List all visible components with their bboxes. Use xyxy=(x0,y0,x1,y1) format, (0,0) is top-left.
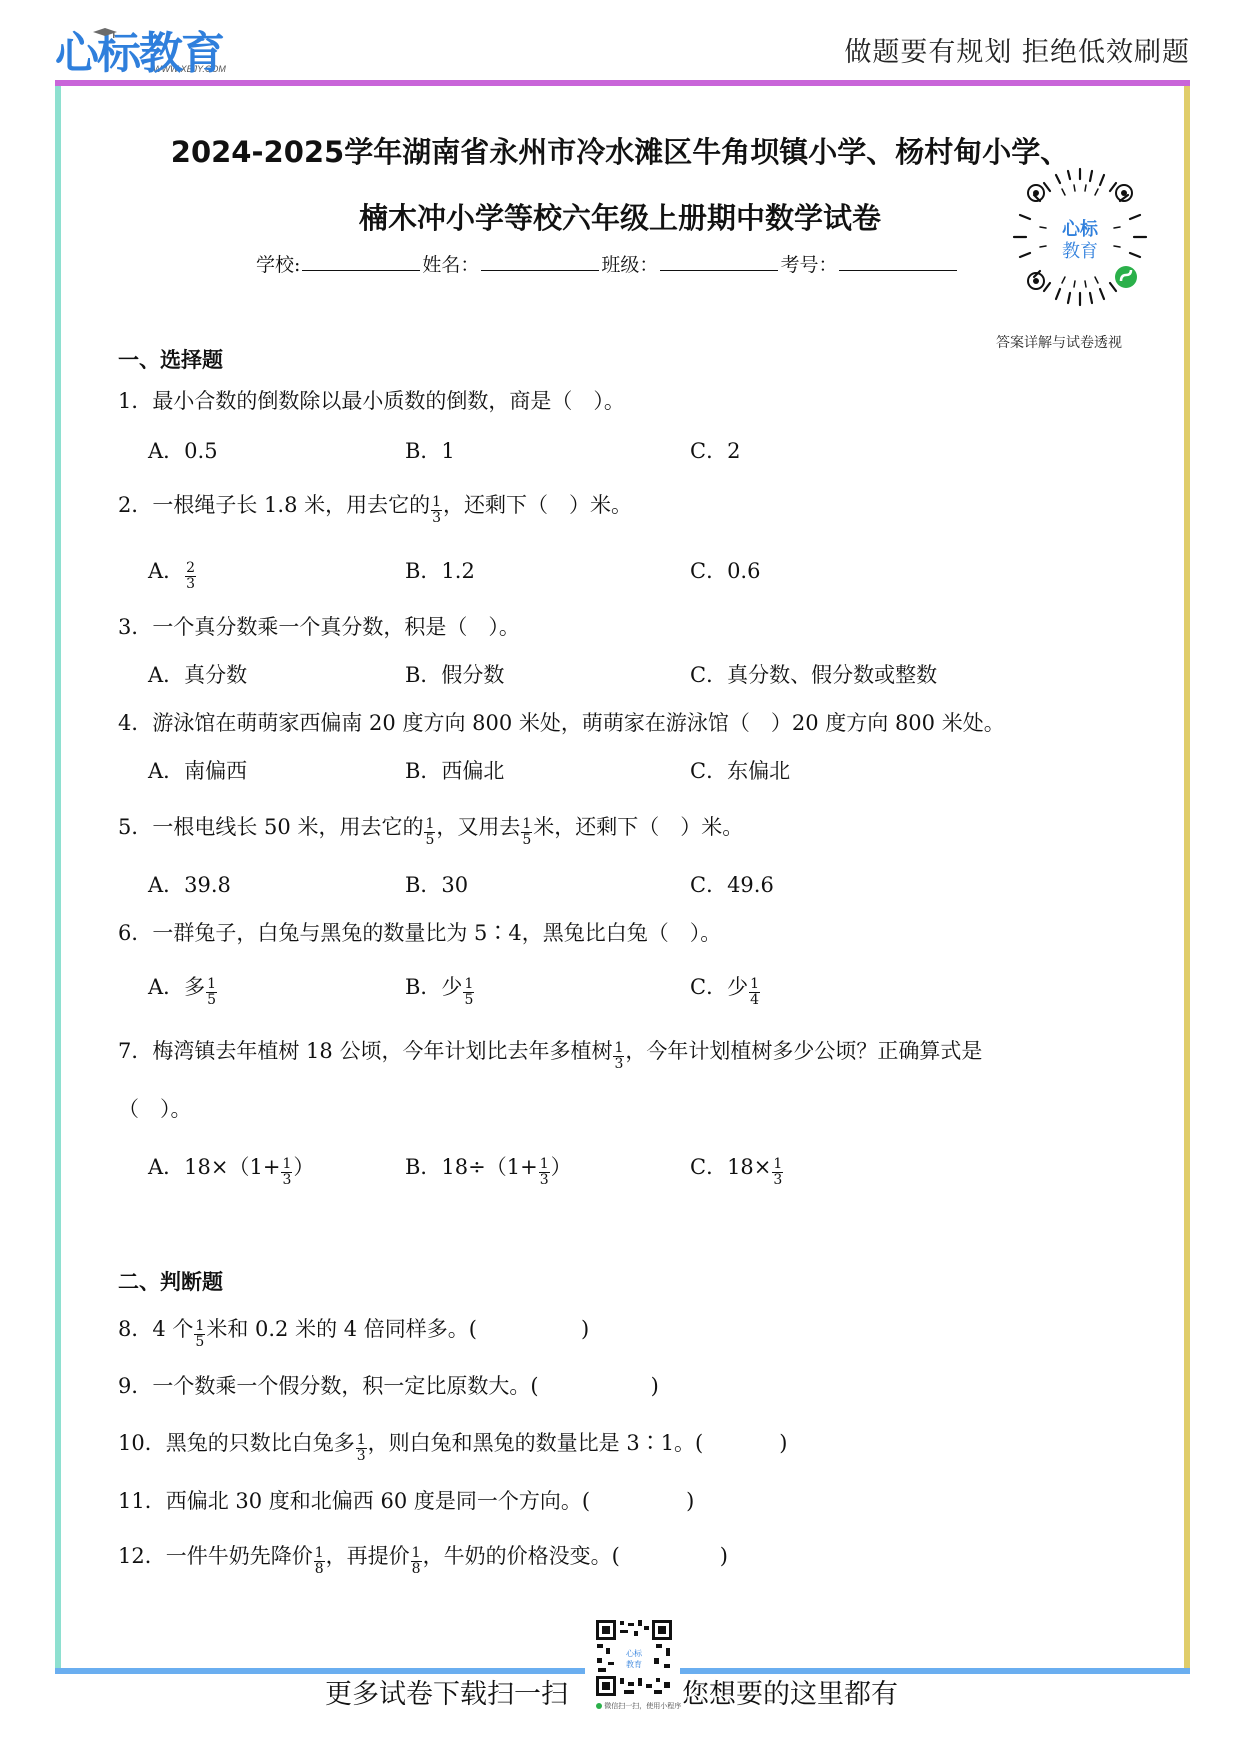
question-number: 1． xyxy=(118,389,152,413)
q2-option-c[interactable]: C．0.6 xyxy=(690,556,760,586)
q1-option-a[interactable]: A．0.5 xyxy=(148,436,218,466)
question-text: 一根电线长 50 米，用去它的 xyxy=(152,815,423,839)
fraction: 15 xyxy=(521,817,532,848)
question-5: 5．一根电线长 50 米，用去它的15，又用去15米，还剩下（ ）米。 xyxy=(118,812,743,844)
q7-option-a[interactable]: A．18×（1+13） xyxy=(148,1152,314,1184)
svg-text:心标: 心标 xyxy=(626,1648,643,1658)
question-7: 7．梅湾镇去年植树 18 公顷，今年计划比去年多植树13，今年计划植树多少公顷？… xyxy=(118,1036,982,1068)
svg-text:教育: 教育 xyxy=(1062,241,1098,262)
graduation-cap-icon xyxy=(93,28,117,38)
wechat-check-icon xyxy=(596,1703,602,1709)
fraction: 15 xyxy=(463,977,474,1008)
question-3: 3．一个真分数乘一个真分数，积是（ ）。 xyxy=(118,612,520,642)
q5-option-b[interactable]: B．30 xyxy=(405,870,468,900)
q3-option-b[interactable]: B．假分数 xyxy=(405,660,504,690)
q4-option-b[interactable]: B．西偏北 xyxy=(405,756,504,786)
question-6: 6．一群兔子，白兔与黑兔的数量比为 5∶4，黑兔比白兔（ ）。 xyxy=(118,918,721,948)
q6-option-a[interactable]: A．多15 xyxy=(148,972,218,1004)
question-number: 10． xyxy=(118,1431,166,1455)
fraction: 23 xyxy=(185,561,196,592)
question-text: 一件牛奶先降价 xyxy=(166,1544,313,1568)
name-field[interactable] xyxy=(481,252,599,271)
svg-text:教育: 教育 xyxy=(626,1659,642,1669)
class-label: 班级： xyxy=(601,254,658,276)
question-number: 6． xyxy=(118,921,152,945)
svg-text:心标: 心标 xyxy=(1062,218,1099,240)
question-text: 一根绳子长 1.8 米，用去它的 xyxy=(152,493,430,517)
q4-option-a[interactable]: A．南偏西 xyxy=(148,756,247,786)
question-10: 10．黑兔的只数比白兔多13，则白兔和黑兔的数量比是 3∶1。() xyxy=(118,1428,787,1460)
question-number: 7． xyxy=(118,1039,152,1063)
question-9: 9．一个数乘一个假分数，积一定比原数大。() xyxy=(118,1371,659,1401)
question-text: 西偏北 30 度和北偏西 60 度是同一个方向。( xyxy=(166,1489,590,1513)
footer-qr-caption: 微信扫一扫，使用小程序 xyxy=(596,1701,681,1711)
q2-option-a[interactable]: A．23 xyxy=(148,556,197,588)
fraction: 15 xyxy=(206,977,217,1008)
school-field[interactable] xyxy=(302,252,420,271)
fraction: 13 xyxy=(539,1157,550,1188)
question-text: 最小合数的倒数除以最小质数的倒数，商是（ ）。 xyxy=(152,389,625,413)
qr-caption: 答案详解与试卷透视 xyxy=(996,332,1122,352)
q3-option-c[interactable]: C．真分数、假分数或整数 xyxy=(690,660,937,690)
question-text: ，今年计划植树多少公顷？正确算式是 xyxy=(625,1039,982,1063)
exam-number-label: 考号： xyxy=(780,254,837,276)
fraction: 14 xyxy=(749,977,760,1008)
footer-right-text: 您想要的这里都有 xyxy=(682,1672,898,1711)
question-11: 11．西偏北 30 度和北偏西 60 度是同一个方向。() xyxy=(118,1486,694,1516)
exam-number-field[interactable] xyxy=(839,252,957,271)
q6-option-c[interactable]: C．少14 xyxy=(690,972,761,1004)
question-4: 4．游泳馆在萌萌家西偏南 20 度方向 800 米处，萌萌家在游泳馆（ ）20 … xyxy=(118,708,1005,738)
fraction: 18 xyxy=(314,1546,325,1577)
question-text: 一个真分数乘一个真分数，积是（ ）。 xyxy=(152,615,520,639)
fraction: 18 xyxy=(411,1546,422,1577)
question-text: ，再提价 xyxy=(326,1544,410,1568)
question-text: ，则白兔和黑兔的数量比是 3∶1。( xyxy=(368,1431,704,1455)
fraction: 13 xyxy=(431,495,442,526)
question-text: ，还剩下（ ）米。 xyxy=(443,493,632,517)
question-number: 3． xyxy=(118,615,152,639)
sunburst-qr-icon: 心标 教育 xyxy=(1008,165,1153,310)
border-left xyxy=(55,86,61,1670)
question-number: 4． xyxy=(118,711,152,735)
question-2: 2．一根绳子长 1.8 米，用去它的13，还剩下（ ）米。 xyxy=(118,490,632,522)
mini-program-qr-code[interactable]: 心标 教育 xyxy=(1008,165,1153,310)
question-text: 一个数乘一个假分数，积一定比原数大。( xyxy=(152,1374,538,1398)
question-7-line2: （ ）。 xyxy=(118,1094,192,1124)
section-heading-true-false: 二、判断题 xyxy=(118,1266,223,1296)
border-top xyxy=(55,80,1190,86)
question-number: 5． xyxy=(118,815,152,839)
question-8: 8．4 个15米和 0.2 米的 4 倍同样多。() xyxy=(118,1314,589,1346)
question-text: 黑兔的只数比白兔多 xyxy=(166,1431,355,1455)
question-text: ，又用去 xyxy=(436,815,520,839)
q1-option-b[interactable]: B．1 xyxy=(405,436,455,466)
section-heading-choice: 一、选择题 xyxy=(118,344,223,374)
question-text: 4 个 xyxy=(152,1317,193,1341)
student-info-line: 学校:姓名：班级：考号： xyxy=(256,250,959,277)
question-text: ，牛奶的价格没变。( xyxy=(423,1544,620,1568)
border-right xyxy=(1184,86,1190,1670)
question-text: 米，还剩下（ ）米。 xyxy=(533,815,743,839)
q3-option-a[interactable]: A．真分数 xyxy=(148,660,247,690)
q6-option-b[interactable]: B．少15 xyxy=(405,972,475,1004)
footer-qr-code[interactable]: 心标 教育 xyxy=(594,1618,674,1698)
school-label: 学校: xyxy=(256,254,300,276)
q2-option-b[interactable]: B．1.2 xyxy=(405,556,475,586)
fraction: 13 xyxy=(281,1157,292,1188)
footer-left-text: 更多试卷下载扫一扫 xyxy=(325,1672,568,1711)
q5-option-c[interactable]: C．49.6 xyxy=(690,870,774,900)
fraction: 13 xyxy=(613,1041,624,1072)
class-field[interactable] xyxy=(660,252,778,271)
q5-option-a[interactable]: A．39.8 xyxy=(148,870,231,900)
name-label: 姓名： xyxy=(422,254,479,276)
question-number: 12． xyxy=(118,1544,166,1568)
header-slogan: 做题要有规划 拒绝低效刷题 xyxy=(844,30,1190,69)
question-number: 11． xyxy=(118,1489,166,1513)
question-number: 2． xyxy=(118,493,152,517)
brand-logo: 心标教育 WWW.XBJY.COM xyxy=(55,26,226,78)
fraction: 15 xyxy=(194,1319,205,1350)
q7-option-c[interactable]: C．18×13 xyxy=(690,1152,784,1184)
question-number: 9． xyxy=(118,1374,152,1398)
question-text: 游泳馆在萌萌家西偏南 20 度方向 800 米处，萌萌家在游泳馆（ ）20 度方… xyxy=(152,711,1004,735)
q7-option-b[interactable]: B．18÷（1+13） xyxy=(405,1152,572,1184)
qr-code-icon: 心标 教育 xyxy=(594,1618,674,1698)
logo-text: 心标教育 xyxy=(55,30,223,78)
fraction: 13 xyxy=(356,1433,367,1464)
question-1: 1．最小合数的倒数除以最小质数的倒数，商是（ ）。 xyxy=(118,386,625,416)
fraction: 15 xyxy=(424,817,435,848)
fraction: 13 xyxy=(772,1157,783,1188)
q1-option-c[interactable]: C．2 xyxy=(690,436,740,466)
question-text: 一群兔子，白兔与黑兔的数量比为 5∶4，黑兔比白兔（ ）。 xyxy=(152,921,721,945)
question-12: 12．一件牛奶先降价18，再提价18，牛奶的价格没变。() xyxy=(118,1541,728,1573)
question-number: 8． xyxy=(118,1317,152,1341)
question-text: 梅湾镇去年植树 18 公顷，今年计划比去年多植树 xyxy=(152,1039,612,1063)
question-text: 米和 0.2 米的 4 倍同样多。( xyxy=(206,1317,477,1341)
q4-option-c[interactable]: C．东偏北 xyxy=(690,756,790,786)
